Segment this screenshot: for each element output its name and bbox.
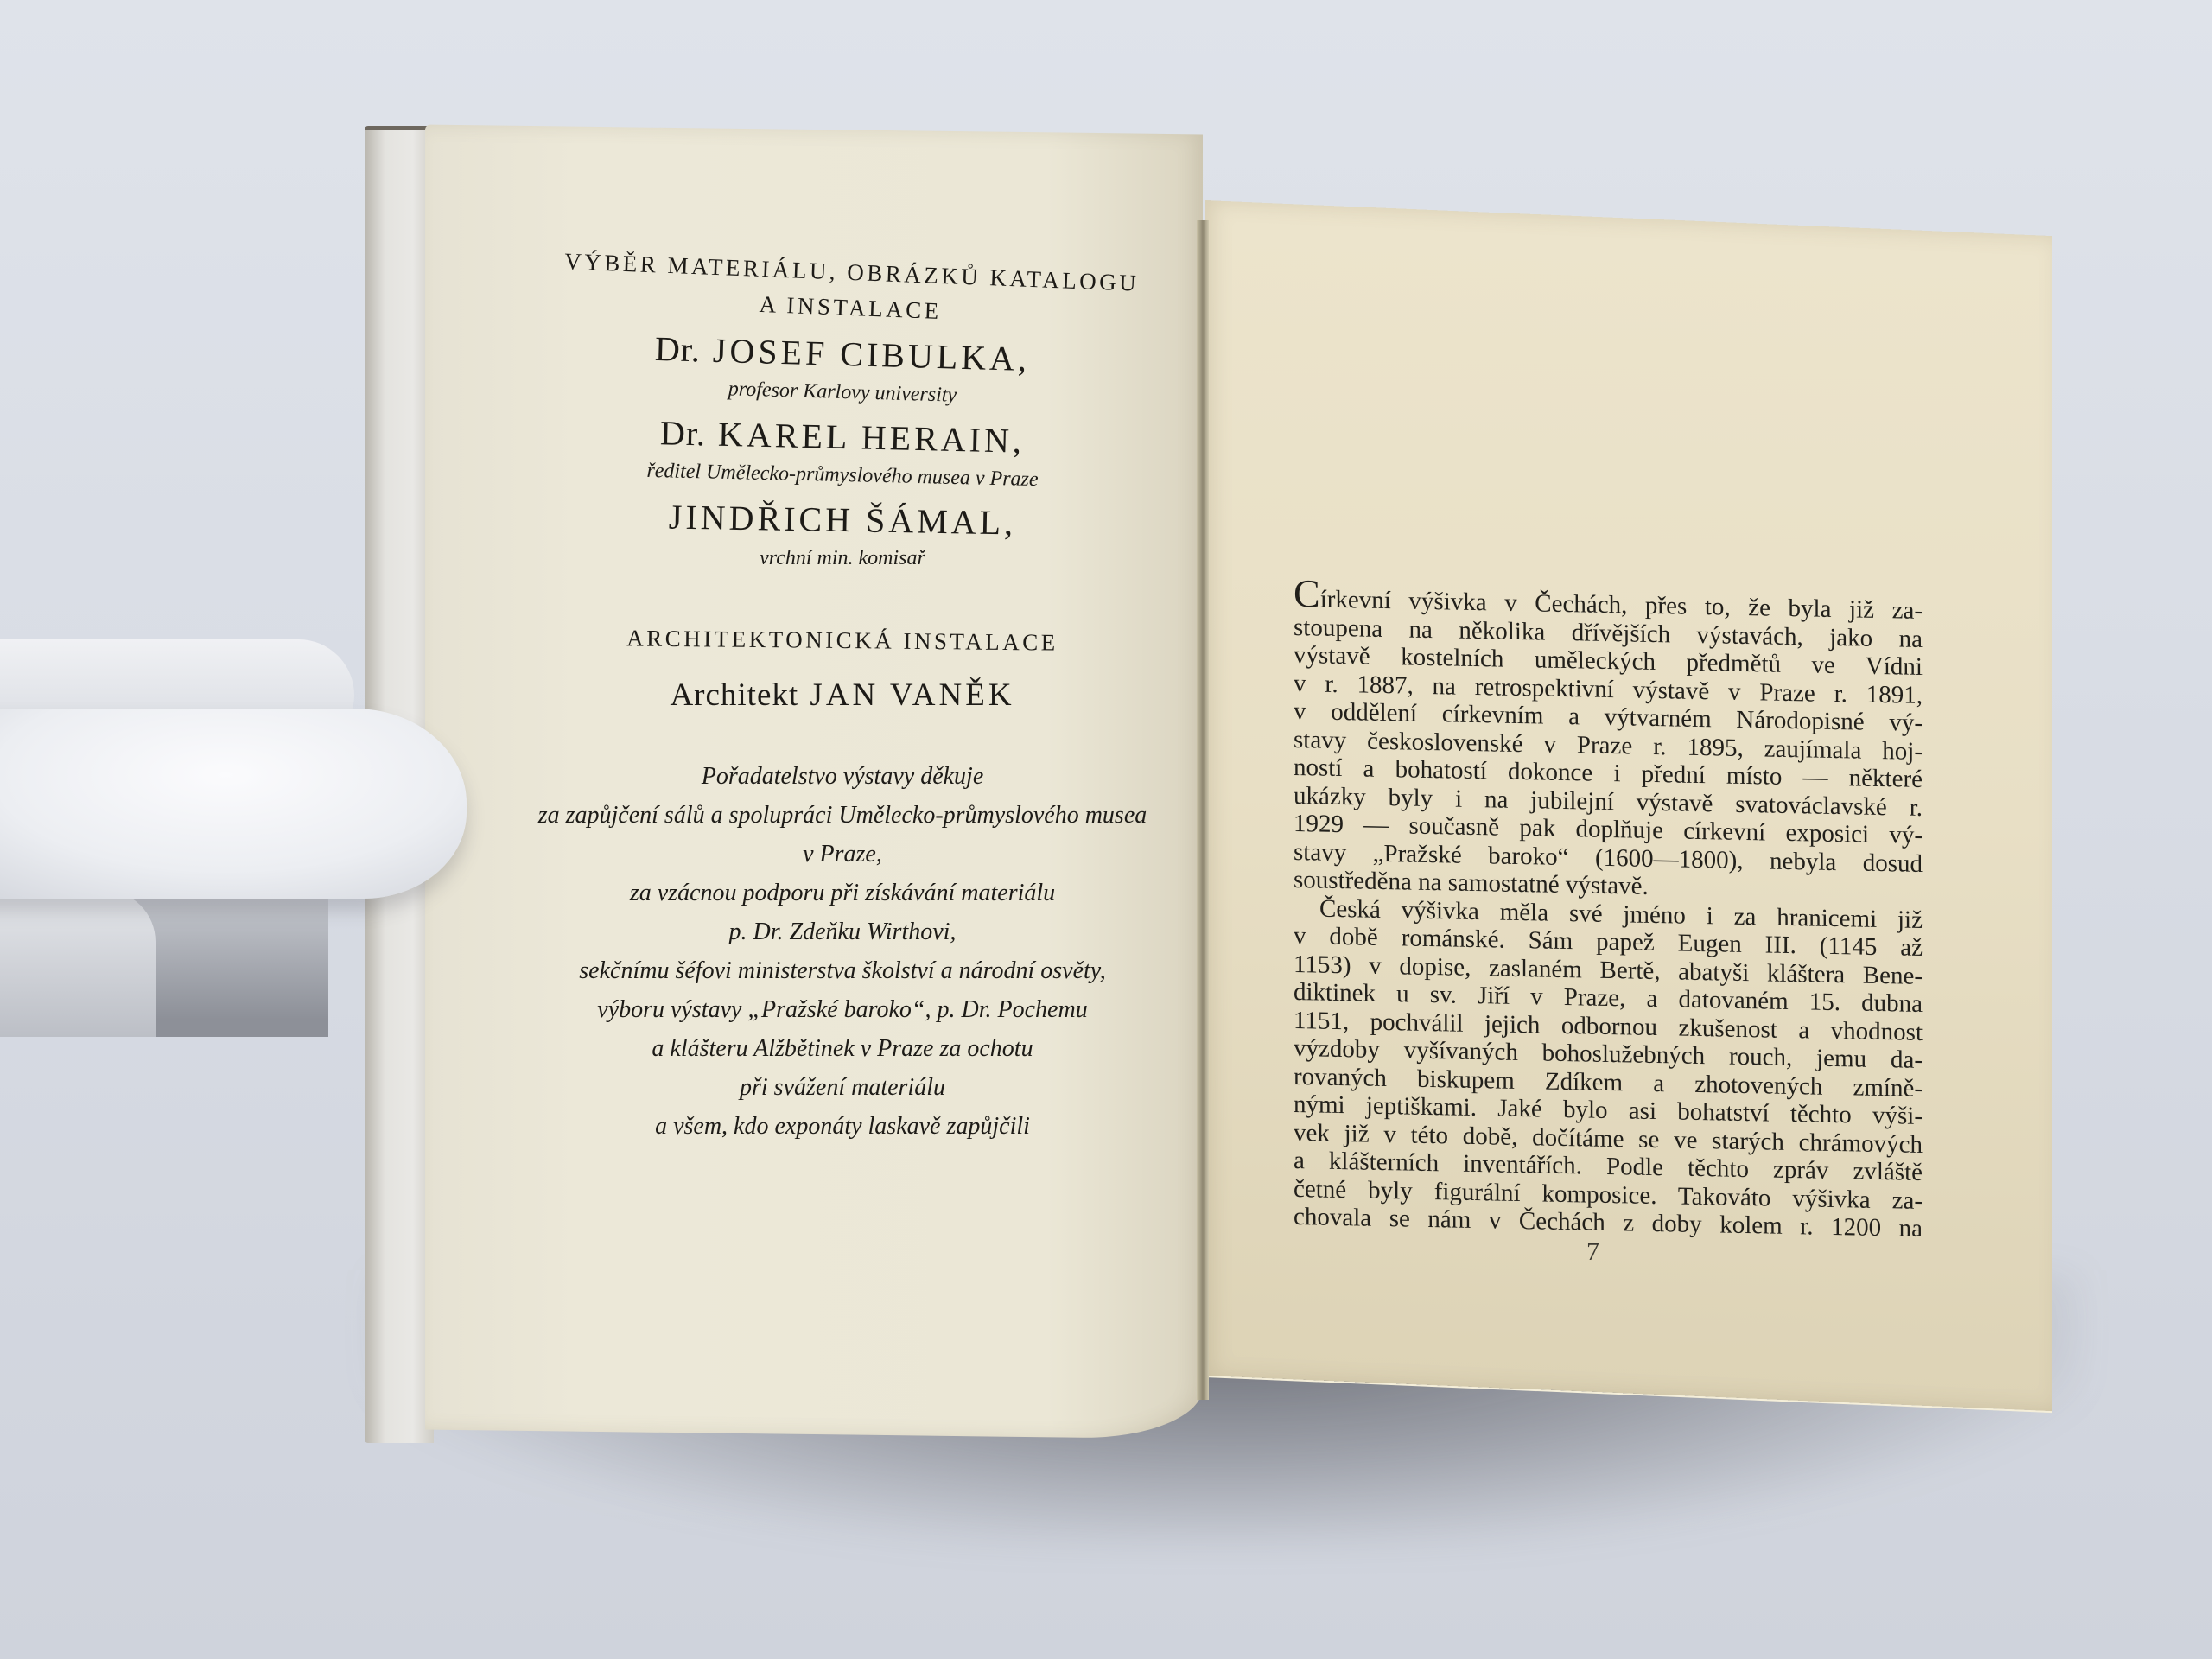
architect-entry: Architekt JAN VANĚK — [484, 677, 1201, 714]
drop-cap: C — [1294, 571, 1320, 616]
glove-thumb — [0, 605, 471, 1037]
left-page-text: VÝBĚR MATERIÁLU, OBRÁZKŮ KATALOGU A INST… — [484, 259, 1201, 1146]
person-entry: JINDŘICH ŠÁMAL, — [484, 493, 1202, 546]
person-title: vrchní min. komisař — [484, 547, 1201, 570]
person-entry: Dr. KAREL HERAIN, — [484, 409, 1202, 466]
acknowledgement: Pořadatelstvo výstavy děkuje za zapůjčen… — [484, 757, 1201, 1146]
glove-finger-over-page — [0, 709, 467, 899]
section-heading-architecture: ARCHITEKTONICKÁ INSTALACE — [484, 624, 1201, 658]
right-page-body: Církevní výšivka v Čechách, přes to, že … — [1294, 581, 1923, 1243]
section-heading-selection: VÝBĚR MATERIÁLU, OBRÁZKŮ KATALOGU A INST… — [500, 245, 1202, 334]
page-number: 7 — [1586, 1237, 1599, 1267]
